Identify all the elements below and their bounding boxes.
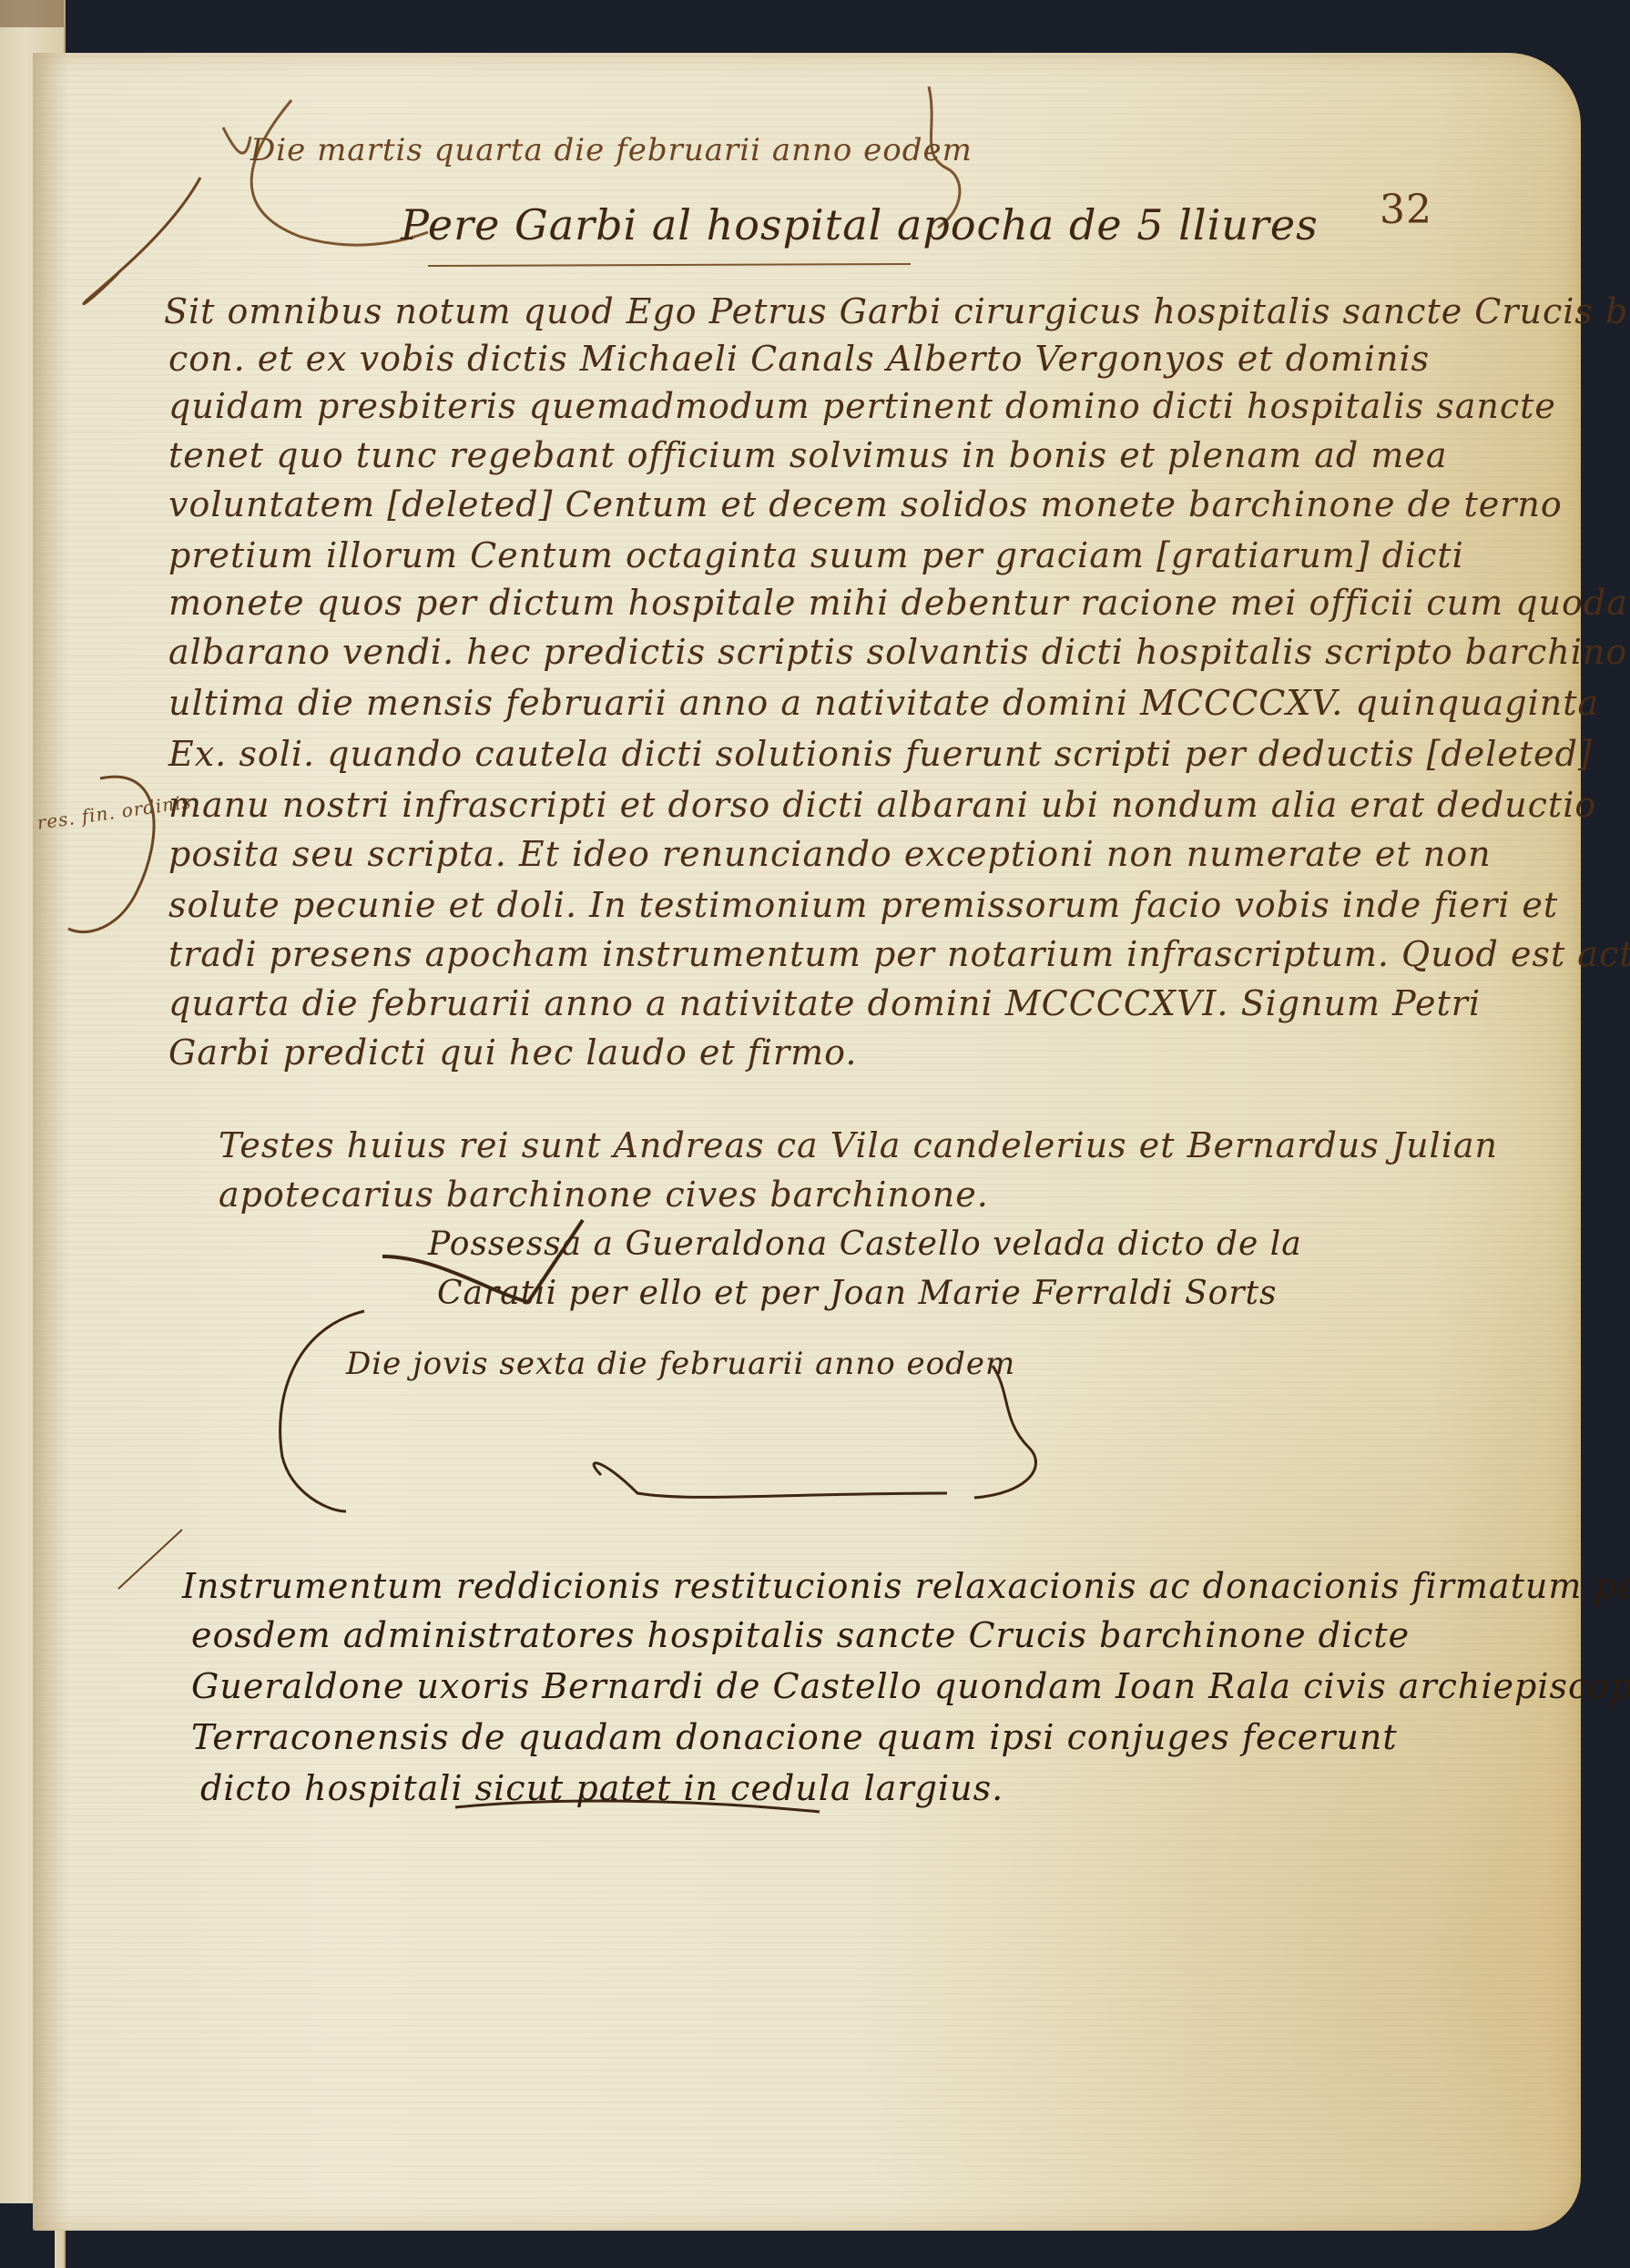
- dating-clause: Die martis quarta die februarii anno eod…: [250, 132, 973, 168]
- subscription-line: Possessa a Gueraldona Castello velada di…: [428, 1226, 1302, 1263]
- text-line: pretium illorum Centum octaginta suum pe…: [168, 535, 1464, 575]
- text-line: eosdem administratores hospitalis sancte…: [191, 1615, 1410, 1655]
- text-line: Garbi predicti qui hec laudo et firmo.: [168, 1032, 857, 1073]
- text-line: tradi presens apocham instrumentum per n…: [168, 934, 1630, 974]
- subscription-line: Caratii per ello et per Joan Marie Ferra…: [437, 1275, 1277, 1312]
- text-line: ultima die mensis februarii anno a nativ…: [168, 683, 1599, 723]
- text-line: Gueraldone uxoris Bernardi de Castello q…: [191, 1666, 1630, 1706]
- text-line: Sit omnibus notum quod Ego Petrus Garbi …: [164, 291, 1630, 331]
- text-line: manu nostri infrascripti et dorso dicti …: [168, 785, 1596, 825]
- text-line: posita seu scripta. Et ideo renunciando …: [168, 834, 1492, 874]
- text-line: monete quos per dictum hospitale mihi de…: [168, 583, 1630, 623]
- witness-line: Testes huius rei sunt Andreas ca Vila ca…: [219, 1125, 1498, 1165]
- text-line: albarano vendi. hec predictis scriptis s…: [168, 632, 1630, 672]
- text-line: solute pecunie et doli. In testimonium p…: [168, 885, 1558, 925]
- second-dating-clause: Die jovis sexta die februarii anno eodem: [346, 1346, 1015, 1382]
- witness-line: apotecarius barchinone cives barchinone.: [219, 1175, 989, 1215]
- binding-gutter: [33, 53, 69, 2231]
- text-line: voluntatem [deleted] Centum et decem sol…: [168, 484, 1563, 524]
- text-line: tenet quo tunc regebant officium solvimu…: [168, 435, 1448, 475]
- text-line: Instrumentum reddicionis restitucionis r…: [182, 1566, 1630, 1606]
- binding-stain: [0, 0, 64, 27]
- text-line: Ex. soli. quando cautela dicti solutioni…: [168, 734, 1593, 774]
- entry-title: Pere Garbi al hospital apocha de 5 lliur…: [401, 200, 1319, 249]
- text-line: Terraconensis de quadam donacione quam i…: [191, 1717, 1398, 1757]
- text-line: dicto hospitali sicut patet in cedula la…: [200, 1768, 1003, 1808]
- text-line: quarta die februarii anno a nativitate d…: [168, 983, 1481, 1023]
- text-line: quidam presbiteris quemadmodum pertinent…: [168, 386, 1556, 426]
- text-line: con. et ex vobis dictis Michaeli Canals …: [168, 339, 1430, 379]
- folio-number: 32: [1380, 187, 1432, 233]
